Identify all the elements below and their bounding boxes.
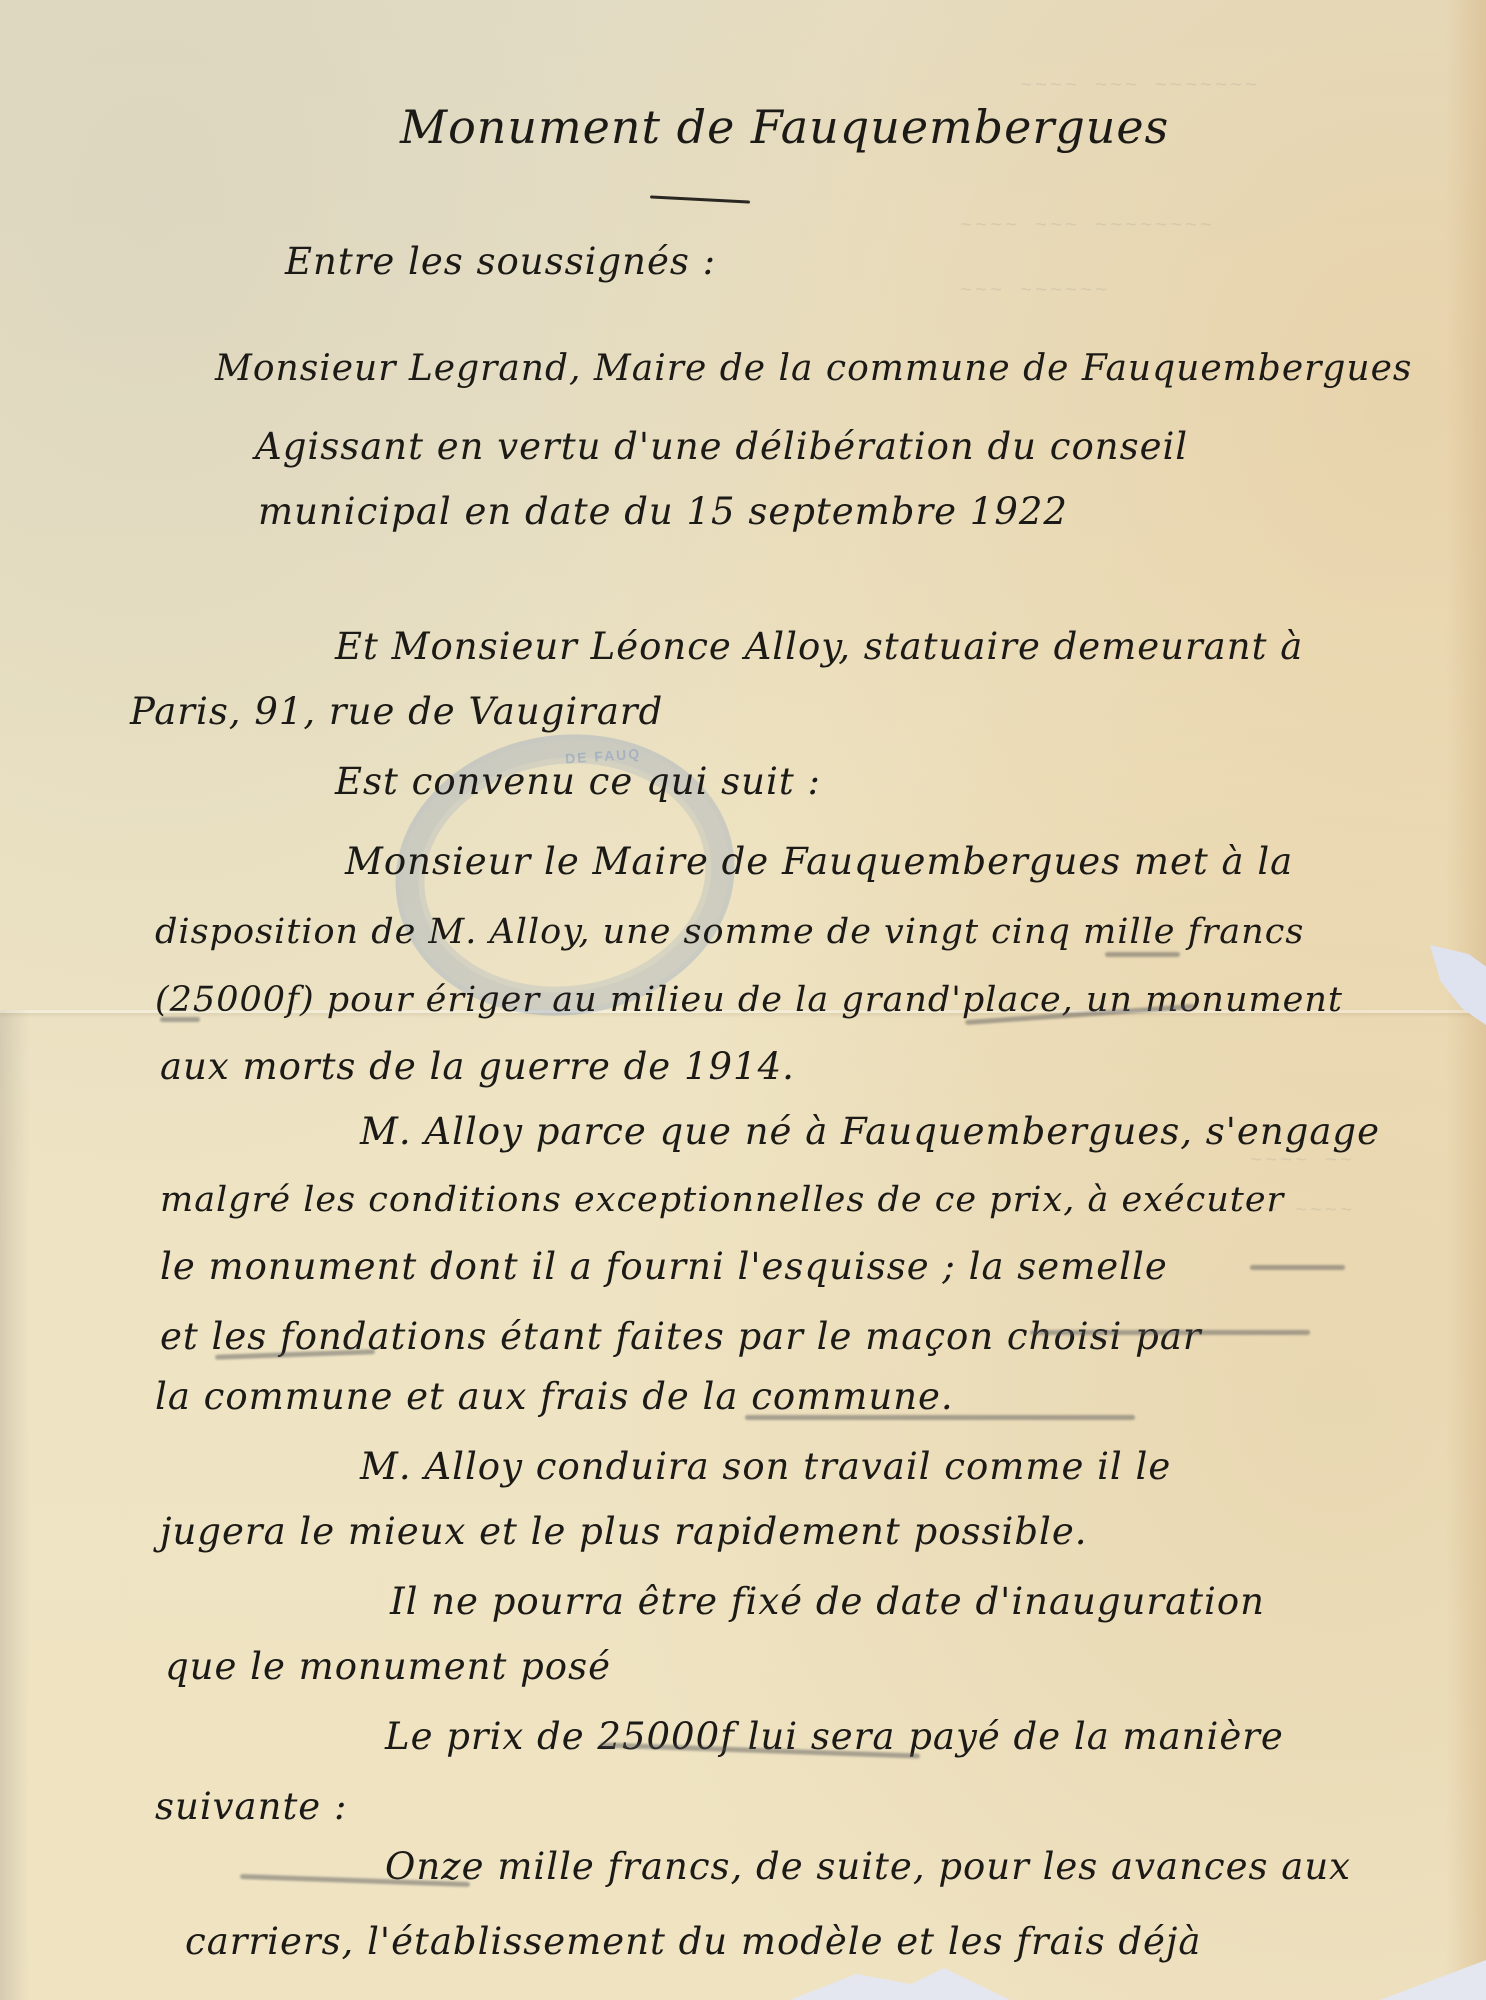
text-line: Monsieur Legrand, Maire de la commune de… xyxy=(215,348,1412,389)
pencil-underline xyxy=(1250,1265,1345,1270)
text-line: Onze mille francs, de suite, pour les av… xyxy=(385,1845,1351,1888)
document-page: ~~~~ ~~~ ~~~~~~~ ~~~~ ~~~ ~~~~~~~~ ~~~ ~… xyxy=(0,0,1486,2000)
text-line: jugera le mieux et le plus rapidement po… xyxy=(160,1510,1088,1553)
text-line: carriers, l'établissement du modèle et l… xyxy=(185,1920,1201,1963)
pencil-underline xyxy=(745,1415,1135,1420)
pencil-underline xyxy=(160,1017,200,1022)
pencil-underline xyxy=(1030,1330,1310,1335)
bleed-through-text: ~~~~ ~~~ ~~~~~~~ xyxy=(1020,75,1260,98)
text-line: Paris, 91, rue de Vaugirard xyxy=(130,690,663,733)
text-line: Agissant en vertu d'une délibération du … xyxy=(255,425,1188,468)
text-line: M. Alloy parce que né à Fauquembergues, … xyxy=(360,1110,1380,1153)
text-line: Et Monsieur Léonce Alloy, statuaire deme… xyxy=(335,625,1303,668)
bleed-through-text: ~~~~ ~~ xyxy=(1250,1150,1355,1173)
bleed-through-text: ~~~ ~~~~~~ xyxy=(960,280,1110,303)
pencil-underline xyxy=(1105,952,1180,957)
text-line: la commune et aux frais de la commune. xyxy=(155,1375,954,1418)
text-line: Il ne pourra être fixé de date d'inaugur… xyxy=(390,1580,1265,1623)
text-line: Est convenu ce qui suit : xyxy=(335,760,821,803)
paper-edge-shadow xyxy=(0,1010,30,2000)
text-line: (25000f) pour ériger au milieu de la gra… xyxy=(155,980,1343,1020)
text-line: malgré les conditions exceptionnelles de… xyxy=(160,1180,1284,1220)
document-title: Monument de Fauquembergues xyxy=(400,100,1169,154)
text-line: disposition de M. Alloy, une somme de vi… xyxy=(155,912,1304,952)
title-underline xyxy=(650,195,750,203)
text-line: aux morts de la guerre de 1914. xyxy=(160,1045,795,1088)
bleed-through-text: ~~~~ ~~~ ~~~~~~~~ xyxy=(960,215,1215,238)
text-line: suivante : xyxy=(155,1785,347,1828)
text-line: que le monument posé xyxy=(165,1645,611,1688)
text-line: Monsieur le Maire de Fauquembergues met … xyxy=(345,840,1293,883)
text-line: M. Alloy conduira son travail comme il l… xyxy=(360,1445,1171,1488)
text-line: Entre les soussignés : xyxy=(285,240,716,283)
paper-tear xyxy=(790,1960,1010,2000)
text-line: municipal en date du 15 septembre 1922 xyxy=(258,490,1068,533)
text-line: le monument dont il a fourni l'esquisse … xyxy=(160,1245,1168,1288)
